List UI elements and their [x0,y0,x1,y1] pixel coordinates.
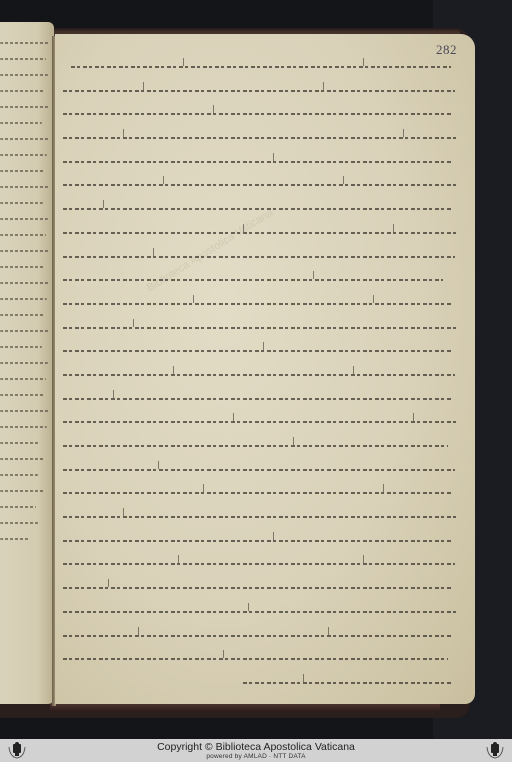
right-page-recto: 282 Biblioteca Apostolica Vaticana [55,34,475,704]
left-page-text [0,42,54,554]
powered-by-text: powered by AMLAD · NTT DATA [0,753,512,760]
copyright-text: Copyright © Biblioteca Apostolica Vatica… [0,741,512,753]
footer-bar: Copyright © Biblioteca Apostolica Vatica… [0,739,512,762]
left-page-verso [0,22,54,704]
manuscript-text [63,52,458,692]
vatican-library-emblem-icon [484,741,506,760]
manuscript-image-viewer[interactable]: 282 Biblioteca Apostolica Vaticana [0,0,512,739]
